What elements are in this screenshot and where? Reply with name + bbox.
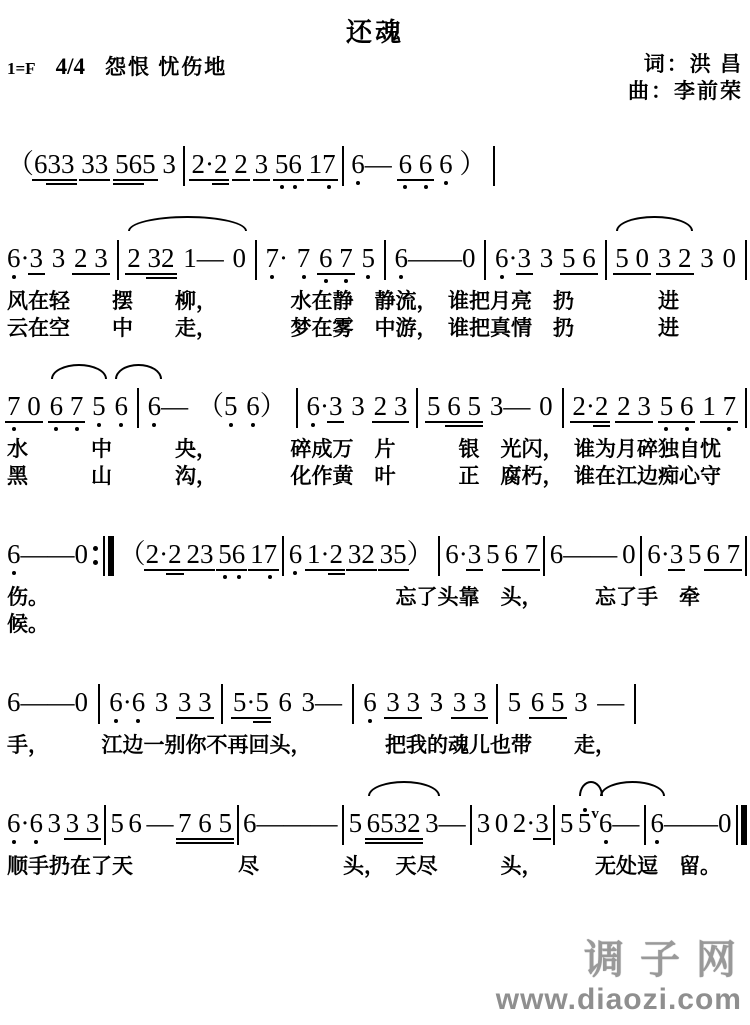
note-token: 0 xyxy=(723,245,737,272)
octave-dot xyxy=(54,427,58,431)
low-octave-dots: 6 xyxy=(30,838,44,847)
note-token: 2· xyxy=(146,541,169,568)
note-token: 6 xyxy=(278,689,292,716)
note-token: （ xyxy=(119,541,146,568)
note-token: — xyxy=(365,151,392,178)
note-token: 2· xyxy=(513,810,536,837)
octave-dot xyxy=(302,275,306,279)
beam-line xyxy=(232,179,250,181)
note-token: — xyxy=(590,541,617,568)
note-token: 0 xyxy=(718,810,732,837)
note-token: 0 xyxy=(75,689,89,716)
beam-line xyxy=(658,421,696,423)
note-group: 3— xyxy=(302,689,343,716)
octave-dot xyxy=(311,423,315,427)
note-token: 55 xyxy=(578,810,592,837)
barline xyxy=(634,684,636,724)
note-token: 3 xyxy=(351,393,365,420)
beam-line xyxy=(615,421,653,423)
beam-line xyxy=(384,717,422,719)
beam-line xyxy=(529,717,567,719)
octave-dot xyxy=(136,719,140,723)
note-token: 66 xyxy=(148,393,162,420)
note-group: 66——0 xyxy=(395,245,476,272)
note-token: 6 7 xyxy=(706,541,740,568)
lyric-line: 水 中 央， 碎成万 片 银 光闪， 谁为月碎独自忧 xyxy=(5,436,745,463)
beam-line xyxy=(372,421,410,423)
note-token: 6 5 xyxy=(531,689,565,716)
octave-dot xyxy=(97,423,101,427)
note-token: 33 xyxy=(81,151,108,178)
note-token: 6· xyxy=(647,541,670,568)
notes-row: （6333356532·2235656171766—6 66 666） xyxy=(5,118,497,194)
note-token: 66 xyxy=(599,810,613,837)
note-group: （55 xyxy=(197,393,238,420)
note-token: 2 xyxy=(234,151,248,178)
low-octave-dots: 6 xyxy=(650,838,664,847)
barline xyxy=(183,146,185,186)
beam-line xyxy=(212,179,230,181)
note-token: 7 6 5 xyxy=(178,810,232,837)
note-token: 33 xyxy=(48,151,75,178)
octave-dot xyxy=(114,719,118,723)
barline xyxy=(493,146,495,186)
note-token: 1· xyxy=(307,541,330,568)
low-octave-dots: 7 xyxy=(297,273,311,282)
note-token: 5 xyxy=(110,810,124,837)
octave-dot xyxy=(237,575,241,579)
barline xyxy=(745,536,747,576)
note-group: 6—— xyxy=(550,541,618,568)
octave-dot xyxy=(356,181,360,185)
note-token: — xyxy=(439,810,466,837)
note-token: 32 xyxy=(348,541,375,568)
note-group: 2·2 xyxy=(572,393,608,420)
beam-line xyxy=(146,273,177,275)
note-token: 3 xyxy=(425,810,439,837)
barline xyxy=(605,240,607,280)
note-token: 6 76 7 xyxy=(50,393,84,420)
note-group: 2 32 xyxy=(127,245,174,272)
beam-line xyxy=(445,421,483,423)
note-token: 7·7· xyxy=(266,245,289,272)
barline xyxy=(237,805,239,845)
octave-dot xyxy=(75,427,79,431)
beam-line xyxy=(397,179,435,181)
note-token: 6· xyxy=(445,541,468,568)
note-token: 6 5 xyxy=(447,393,481,420)
octave-dot xyxy=(12,840,16,844)
sheet-page: 还魂 1=F 4/4 怨恨 忧伤地 词：洪 昌 曲：李前荣 （633335653… xyxy=(0,0,750,880)
octave-dot xyxy=(399,275,403,279)
barline xyxy=(352,684,354,724)
octave-dot xyxy=(655,840,659,844)
note-token: 5 xyxy=(349,810,363,837)
watermark-site-name: 调子网 xyxy=(496,928,750,985)
barline xyxy=(416,388,418,428)
note-token: 2 xyxy=(127,245,147,272)
low-octave-dots: 6 xyxy=(132,717,146,726)
note-token: 6 xyxy=(128,810,142,837)
notes-row: 6·6·332 32 321—07·7·776 76 75566——06·6·3… xyxy=(5,212,749,288)
note-token: 7 07 0 xyxy=(7,393,41,420)
composer-credit: 曲：李前荣 xyxy=(628,78,743,105)
beam-line xyxy=(346,569,377,571)
note-token: — xyxy=(563,541,590,568)
key-signature: 1=F xyxy=(7,59,36,79)
octave-dot xyxy=(12,571,16,575)
beam-line xyxy=(328,569,346,571)
beam-line xyxy=(48,421,86,423)
note-token: 3 3 xyxy=(66,810,100,837)
note-group: 6——— xyxy=(243,810,338,837)
lyric-line: 风在轻 摆 柳， 水在静 静流， 谁把月亮 扔 进 xyxy=(5,288,745,315)
beam-line xyxy=(166,573,184,575)
note-token: 3 xyxy=(477,810,491,837)
beam-line xyxy=(317,273,355,275)
note-group: 3— xyxy=(490,393,531,420)
note-group: 1·2 xyxy=(307,541,343,568)
barline xyxy=(342,805,344,845)
beam-line xyxy=(166,569,184,571)
note-token: 2 xyxy=(595,393,609,420)
beam-line xyxy=(72,273,110,275)
note-token: 66 xyxy=(30,810,44,837)
beam-line xyxy=(184,569,215,571)
system: 6·6·332 32 321—07·7·776 76 75566——06·6·3… xyxy=(5,212,745,342)
barline xyxy=(438,536,440,576)
barline xyxy=(104,805,106,845)
low-octave-dots: 17 xyxy=(250,573,277,582)
lyric-line: 伤。 忘了头靠 头， 忘了手 牵 xyxy=(5,584,745,611)
note-token: — xyxy=(21,541,48,568)
note-token: 5· xyxy=(233,689,256,716)
system: 7 07 06 76 7556666—（5566）6·6·332 35 6 53… xyxy=(5,360,745,490)
note-token: 3 xyxy=(430,689,444,716)
beam-line xyxy=(140,179,158,181)
beam-line xyxy=(253,179,271,181)
octave-dot xyxy=(293,185,297,189)
lyricist-credit: 词：洪 昌 xyxy=(628,51,743,78)
octave-dot xyxy=(229,423,233,427)
note-token: 5 xyxy=(486,541,500,568)
beam-line xyxy=(365,842,423,844)
note-token: 5 xyxy=(255,689,269,716)
note-token: （ xyxy=(7,151,34,178)
note-token: 66 xyxy=(351,151,365,178)
beam-line xyxy=(46,183,77,185)
octave-dot xyxy=(270,275,274,279)
note-token: 66 xyxy=(289,541,303,568)
note-token: （ xyxy=(197,393,224,420)
barline xyxy=(745,240,747,280)
octave-dot xyxy=(251,423,255,427)
octave-dot xyxy=(583,808,587,812)
song-title: 还魂 xyxy=(5,12,745,49)
note-token: 0 xyxy=(462,245,476,272)
note-token: 2 xyxy=(330,541,344,568)
system: 6·6·6633 356—7 6 56———565323—302·3555v66… xyxy=(5,777,745,880)
note-token: 3 xyxy=(535,810,549,837)
notes-row: 6——06·6·6633 35·563—663 333 356 53— xyxy=(5,656,638,732)
octave-dot xyxy=(152,423,156,427)
low-octave-dots: 56 xyxy=(218,573,245,582)
octave-dot xyxy=(324,279,328,283)
note-group: 6·3 xyxy=(647,541,683,568)
octave-dot xyxy=(664,427,668,431)
beam-line xyxy=(593,425,611,427)
beam-line xyxy=(656,273,694,275)
note-group: 66——0 xyxy=(650,810,731,837)
low-octave-dots: 6 6 xyxy=(399,183,433,192)
note-token: 5 6 xyxy=(562,245,596,272)
note-group: 3— xyxy=(425,810,466,837)
note-group: 6·6·3 xyxy=(306,393,342,420)
note-token: 5 xyxy=(142,151,156,178)
note-token: 3 xyxy=(468,541,482,568)
note-token: 6 xyxy=(34,151,48,178)
octave-dot xyxy=(604,840,608,844)
beam-line xyxy=(146,277,177,279)
lyric-line: 云在空 中 走， 梦在雾 中游， 谁把真情 扔 进 xyxy=(5,315,745,342)
octave-dot xyxy=(34,840,38,844)
note-group: 66） xyxy=(246,393,287,420)
note-token: 3 xyxy=(329,393,343,420)
note-token: 6 xyxy=(243,810,257,837)
beam-line xyxy=(704,569,742,571)
beam-line xyxy=(328,573,346,575)
barline xyxy=(562,388,564,428)
note-token: 66 xyxy=(246,393,260,420)
note-token: 77 xyxy=(297,245,311,272)
slur xyxy=(128,216,247,231)
barline xyxy=(470,805,472,845)
barline xyxy=(496,684,498,724)
note-token: 6·6· xyxy=(7,810,30,837)
beam-line xyxy=(451,717,489,719)
note-token: 5656 xyxy=(275,151,302,178)
note-group: 5·5 xyxy=(233,689,269,716)
watermark: 调子网 www.diaozi.com xyxy=(496,928,742,1017)
note-group: （2·2 xyxy=(119,541,182,568)
note-token: 55 xyxy=(224,393,238,420)
beam-line xyxy=(516,273,534,275)
beam-line xyxy=(466,569,484,571)
note-token: 3 3 xyxy=(453,689,487,716)
system: （6333356532·2235656171766—6 66 666） xyxy=(5,118,745,194)
note-group: 6·3 xyxy=(445,541,481,568)
note-token: 0 xyxy=(233,245,247,272)
octave-dot xyxy=(368,719,372,723)
beam-line xyxy=(212,183,230,185)
note-token: — xyxy=(408,245,435,272)
barline xyxy=(98,684,100,724)
octave-dot xyxy=(280,185,284,189)
note-token: 66 xyxy=(650,810,664,837)
beam-line xyxy=(327,421,345,423)
beam-line xyxy=(445,425,483,427)
expression-marking: 怨恨 忧伤地 xyxy=(105,51,227,81)
note-token: 5656 xyxy=(218,541,245,568)
low-octave-dots: 6 xyxy=(246,421,260,430)
note-token: 1 71 7 xyxy=(702,393,736,420)
note-token: 3 xyxy=(302,689,316,716)
beam-line xyxy=(176,838,234,840)
note-token: — xyxy=(257,810,284,837)
lyric-line: 黑 山 沟， 化作黄 叶 正 腐朽， 谁在江边痴心守 xyxy=(5,463,745,490)
note-token: 66 xyxy=(363,689,377,716)
watermark-site-url: www.diaozi.com xyxy=(496,983,742,1017)
note-group: 6——0 xyxy=(7,689,88,716)
time-signature: 4/4 xyxy=(56,54,85,80)
barline xyxy=(640,536,642,576)
note-token: 3 xyxy=(700,245,714,272)
barline xyxy=(553,805,555,845)
note-token: 3 xyxy=(30,245,44,272)
beam-line xyxy=(613,273,651,275)
beam-line xyxy=(378,569,409,571)
note-token: 3 xyxy=(574,689,588,716)
barline xyxy=(282,536,284,576)
note-token: 35 xyxy=(380,541,407,568)
slur xyxy=(600,781,665,796)
note-token: 6 xyxy=(550,541,564,568)
low-octave-dots: 6 xyxy=(439,179,453,188)
low-octave-dots: 6 xyxy=(7,569,21,578)
note-token: 0 xyxy=(539,393,553,420)
barline xyxy=(484,240,486,280)
breath-mark: v xyxy=(591,822,599,837)
low-octave-dots: 5 xyxy=(92,421,106,430)
note-token: 0 xyxy=(622,541,636,568)
note-token: 2 3 xyxy=(374,393,408,420)
low-octave-dots: 6· xyxy=(306,421,329,430)
low-octave-dots: 6· xyxy=(7,273,30,282)
notes-row: 66——0（2·22356561717661·23235）6·356 76——0… xyxy=(5,508,749,584)
barline xyxy=(117,240,119,280)
note-token: 5 xyxy=(508,689,522,716)
note-token: 3 xyxy=(490,393,504,420)
note-token: 3 3 xyxy=(178,689,212,716)
note-token: — xyxy=(284,810,311,837)
note-group: 2·3 xyxy=(513,810,549,837)
octave-dot xyxy=(424,185,428,189)
low-octave-dots: 7· xyxy=(266,273,289,282)
note-group: 565 xyxy=(115,151,156,178)
note-group: 66— xyxy=(351,151,392,178)
note-token: 55 xyxy=(92,393,106,420)
note-group: 66——0 xyxy=(7,541,88,568)
barline xyxy=(342,146,344,186)
score: （6333356532·2235656171766—6 66 666）6·6·3… xyxy=(5,118,745,880)
low-octave-dots: 6 xyxy=(351,179,365,188)
note-token: 2 3 xyxy=(617,393,651,420)
note-token: 5 xyxy=(560,810,574,837)
beam-line xyxy=(273,179,304,181)
note-token: 3 xyxy=(518,245,532,272)
low-octave-dots: 5 6 xyxy=(660,425,694,434)
low-octave-dots: 6 xyxy=(114,421,128,430)
note-token: — xyxy=(48,541,75,568)
note-token: — xyxy=(197,245,224,272)
lyric-line: 候。 xyxy=(5,611,745,638)
barline xyxy=(221,684,223,724)
final-barline xyxy=(736,805,747,845)
note-token: — xyxy=(597,689,624,716)
note-token: — xyxy=(21,689,48,716)
note-token: 66 xyxy=(395,245,409,272)
octave-dot xyxy=(268,575,272,579)
note-token: — xyxy=(435,245,462,272)
note-token: 2 3 xyxy=(74,245,108,272)
beam-line xyxy=(5,421,43,423)
low-octave-dots: 17 xyxy=(309,183,336,192)
note-group: 2·2 xyxy=(191,151,227,178)
note-group: 35） xyxy=(380,541,434,568)
barline xyxy=(384,240,386,280)
note-token: ） xyxy=(459,151,486,178)
beam-line xyxy=(560,273,598,275)
slur xyxy=(51,364,107,379)
note-token: 66 xyxy=(114,393,128,420)
low-octave-dots: 6· xyxy=(495,273,518,282)
note-token: 3 xyxy=(162,151,176,178)
note-token: 3 xyxy=(255,151,269,178)
beam-line xyxy=(176,717,214,719)
beam-line xyxy=(113,183,144,185)
note-token: 5 xyxy=(427,393,447,420)
octave-dot xyxy=(12,427,16,431)
beam-line xyxy=(668,569,686,571)
note-token: 1717 xyxy=(309,151,336,178)
octave-dot xyxy=(327,185,331,189)
header-row: 1=F 4/4 怨恨 忧伤地 词：洪 昌 曲：李前荣 xyxy=(5,49,745,106)
octave-dot xyxy=(12,275,16,279)
note-token: 32 xyxy=(148,245,175,272)
note-token: 6 xyxy=(7,689,21,716)
slur xyxy=(115,364,162,379)
note-token: — xyxy=(315,689,342,716)
low-octave-dots: 5 xyxy=(224,421,238,430)
low-octave-dots: 5 xyxy=(362,273,376,282)
note-token: 5 0 xyxy=(615,245,649,272)
low-octave-dots: 7 0 xyxy=(7,425,41,434)
low-octave-dots: 6 xyxy=(363,717,377,726)
beam-line xyxy=(79,179,110,181)
low-octave-dots: 6 7 xyxy=(319,277,353,286)
note-token: ） xyxy=(260,393,287,420)
note-group: 5 6 5 xyxy=(427,393,481,420)
beam-line xyxy=(64,838,102,840)
note-token: 2· xyxy=(572,393,595,420)
note-token: 56 xyxy=(115,151,142,178)
low-octave-dots: 6· xyxy=(7,838,30,847)
note-token: — xyxy=(664,810,691,837)
note-token: 1 xyxy=(183,245,197,272)
note-group: 1— xyxy=(183,245,224,272)
note-token: 23 xyxy=(186,541,213,568)
note-token: 6·6· xyxy=(109,689,132,716)
low-octave-dots: 1 7 xyxy=(702,425,736,434)
high-octave-dots: 5 xyxy=(578,806,592,815)
barline xyxy=(255,240,257,280)
octave-dot xyxy=(366,275,370,279)
note-token: 5 xyxy=(688,541,702,568)
note-token: — xyxy=(612,810,639,837)
note-token: 0 xyxy=(495,810,509,837)
note-group: 6·6·3 xyxy=(495,245,531,272)
beam-line xyxy=(46,179,77,181)
